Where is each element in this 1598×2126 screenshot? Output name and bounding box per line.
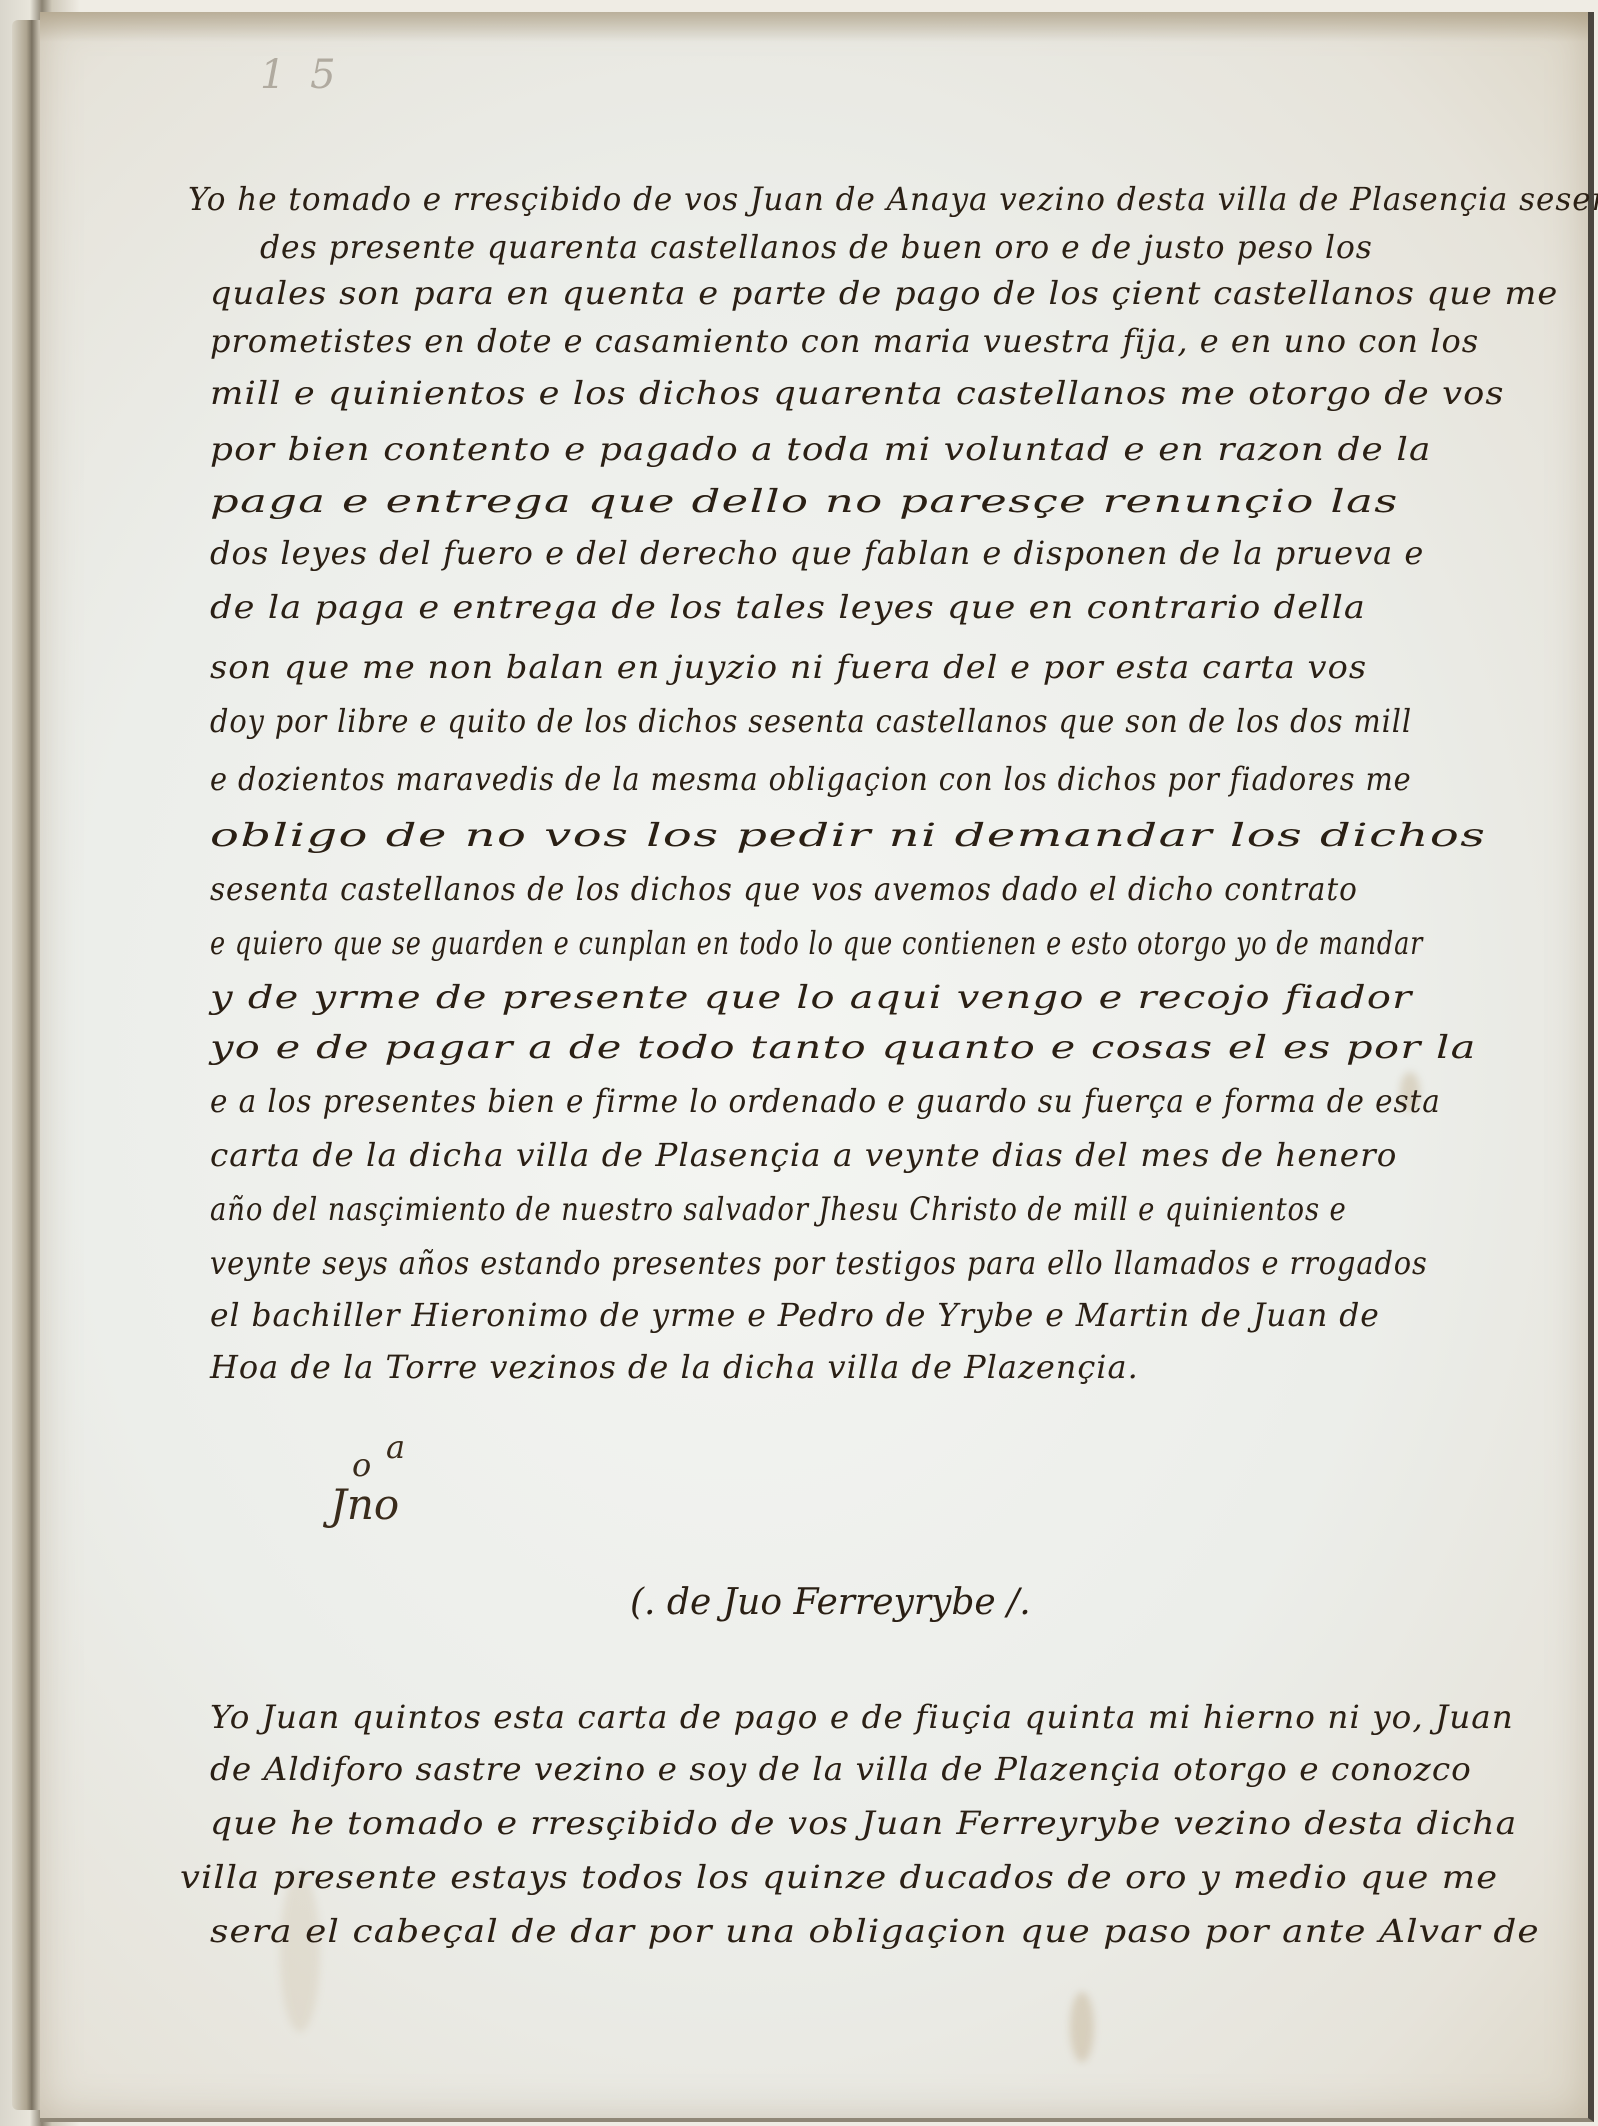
- text-line: e dozientos maravedis de la mesma obliga…: [210, 760, 1412, 798]
- text-line: paga e entrega que dello no paresçe renu…: [210, 482, 1399, 520]
- text-line: obligo de no vos los pedir ni demandar l…: [210, 816, 1486, 854]
- text-line: Yo he tomado e rresçibido de vos Juan de…: [188, 180, 1598, 218]
- text-line: año del nasçimiento de nuestro salvador …: [210, 1190, 1347, 1228]
- text-line: e a los presentes bien e firme lo ordena…: [210, 1082, 1441, 1120]
- text-line: de la paga e entrega de los tales leyes …: [210, 588, 1366, 626]
- text-line: por bien contento e pagado a toda mi vol…: [210, 430, 1431, 468]
- notarial-mark-sup-a: a: [386, 1428, 405, 1466]
- text-line: y de yrme de presente que lo aqui vengo …: [210, 978, 1413, 1016]
- text-line: dos leyes del fuero e del derecho que fa…: [210, 534, 1424, 572]
- text-line: el bachiller Hieronimo de yrme e Pedro d…: [210, 1296, 1380, 1334]
- notarial-mark-sup-o: o: [352, 1446, 371, 1484]
- text-line: quales son para en quenta e parte de pag…: [210, 274, 1558, 312]
- text-line: Hoa de la Torre vezinos de la dicha vill…: [210, 1348, 1139, 1386]
- text-line: doy por libre e quito de los dichos sese…: [210, 702, 1412, 740]
- text-line: sera el cabeçal de dar por una obligaçio…: [210, 1912, 1540, 1950]
- text-line: des presente quarenta castellanos de bue…: [260, 228, 1373, 266]
- stain: [280, 1872, 320, 2032]
- text-line: son que me non balan en juyzio ni fuera …: [210, 648, 1367, 686]
- text-line: Yo Juan quintos esta carta de pago e de …: [210, 1698, 1514, 1736]
- signature: (. de Juo Ferreyrybe /.: [630, 1582, 1031, 1623]
- text-line: sesenta castellanos de los dichos que vo…: [210, 870, 1358, 908]
- notarial-mark-o: o: [374, 1480, 399, 1529]
- text-line: prometistes en dote e casamiento con mar…: [210, 322, 1479, 360]
- notarial-mark: Jno o a: [330, 1480, 399, 1529]
- text-line: e quiero que se guarden e cunplan en tod…: [210, 924, 1423, 962]
- text-line: veynte seys años estando presentes por t…: [210, 1244, 1428, 1282]
- text-line: de Aldiforo sastre vezino e soy de la vi…: [210, 1750, 1472, 1788]
- text-line: mill e quinientos e los dichos quarenta …: [210, 374, 1505, 412]
- folio-number: 1 5: [260, 52, 342, 98]
- manuscript-page: 1 5 Yo he tomado e rresçibido de vos Jua…: [40, 12, 1594, 2122]
- notarial-mark-letters: Jn: [330, 1480, 374, 1529]
- text-line: que he tomado e rresçibido de vos Juan F…: [210, 1804, 1517, 1842]
- stain: [1070, 1992, 1094, 2062]
- text-line: carta de la dicha villa de Plasençia a v…: [210, 1136, 1397, 1174]
- text-line: yo e de pagar a de todo tanto quanto e c…: [210, 1028, 1477, 1066]
- text-line: villa presente estays todos los quinze d…: [180, 1858, 1498, 1896]
